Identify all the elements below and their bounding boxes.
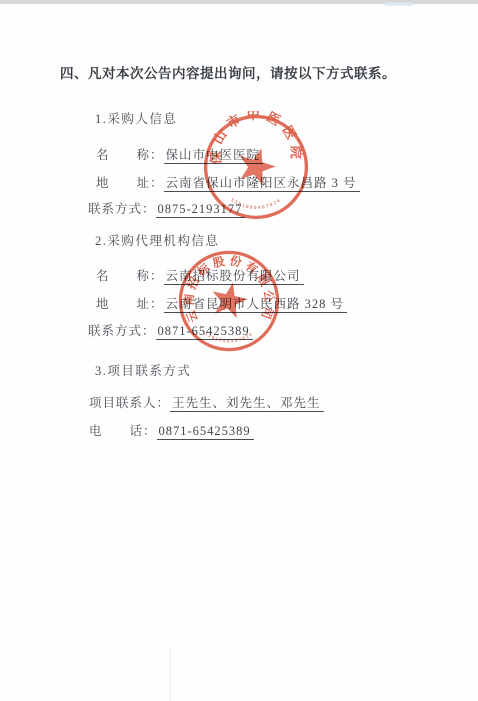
field-label: 项目联系人：: [89, 396, 170, 410]
scan-artifact-specks: [385, 2, 413, 6]
field-value: 0871-65425389: [157, 424, 254, 440]
field-label: 地 址：: [96, 176, 164, 190]
notice-heading: 四、凡对本次公告内容提出询问，请按以下方式联系。: [60, 62, 420, 82]
field-value: 王先生、刘先生、邓先生: [170, 396, 324, 412]
seal-serial-number: 5301000467024: [203, 331, 255, 344]
seal-star-icon: [234, 143, 280, 187]
agency-official-seal-stamp: 云南招标股份有限公司 5301000467024: [175, 247, 283, 355]
scan-artifact-vertical-line: [170, 645, 171, 701]
svg-text:5301000467024: 5301000467024: [229, 197, 282, 211]
field-label: 电 话：: [89, 424, 157, 438]
scanned-document-page: 四、凡对本次公告内容提出询问，请按以下方式联系。 1.采购人信息 名 称：保山市…: [0, 0, 478, 701]
field-row-project-contacts: 项目联系人：王先生、刘先生、邓先生: [89, 393, 324, 411]
field-label: 联系方式：: [88, 324, 156, 338]
buyer-official-seal-stamp: 保山市中医医院 5301000467024: [200, 111, 312, 223]
field-label: 名 称：: [96, 148, 164, 162]
section-title-project-contact: 3.项目联系方式: [95, 361, 191, 379]
seal-star-icon: [208, 279, 250, 320]
seal-serial-number: 5301000467024: [229, 197, 282, 211]
field-label: 地 址：: [96, 297, 164, 311]
field-row-project-phone: 电 话：0871-65425389: [89, 421, 254, 439]
section-title-purchaser: 1.采购人信息: [95, 109, 177, 127]
field-label: 联系方式：: [88, 202, 156, 216]
svg-text:5301000467024: 5301000467024: [203, 331, 255, 344]
field-label: 名 称：: [96, 269, 164, 283]
